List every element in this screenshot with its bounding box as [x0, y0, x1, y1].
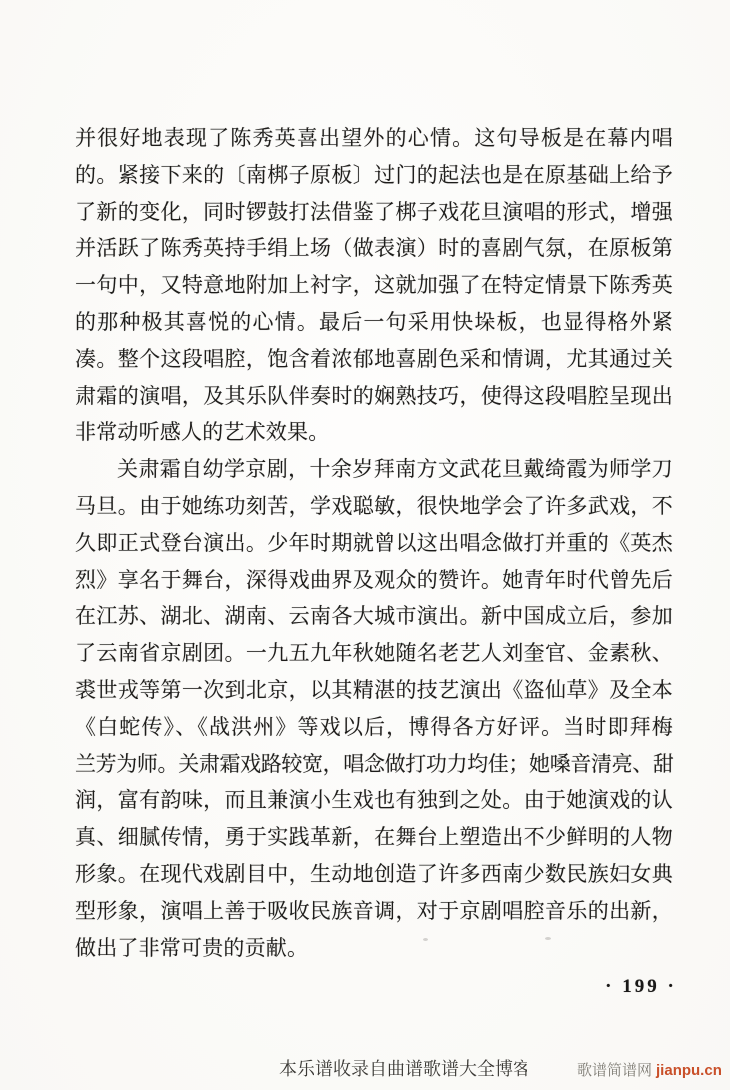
text-line: 烈》享名于舞台，深得戏曲界及观众的赞许。她青年时代曾先后	[75, 562, 673, 599]
text-line: 并活跃了陈秀英持手绢上场（做表演）时的喜剧气氛，在原板第	[75, 230, 673, 267]
text-line: 非常动听感人的艺术效果。	[75, 414, 673, 451]
text-line: 形象。在现代戏剧目中，生动地创造了许多西南少数民族妇女典	[75, 856, 673, 893]
text-line: 了新的变化，同时锣鼓打法借鉴了梆子戏花旦演唱的形式，增强	[75, 194, 673, 231]
watermark-source-label: 本乐谱收录自曲谱歌谱大全博客，由书	[279, 1059, 527, 1079]
scanned-book-page: 并很好地表现了陈秀英喜出望外的心情。这句导板是在幕内唱 的。紧接下来的〔南梆子原…	[0, 0, 730, 1090]
text-line: 兰芳为师。关肃霜戏路较宽，唱念做打功力均佳；她嗓音清亮、甜	[75, 746, 673, 783]
text-line: 的。紧接下来的〔南梆子原板〕过门的起法也是在原基础上给予	[75, 157, 673, 194]
text-line: 并很好地表现了陈秀英喜出望外的心情。这句导板是在幕内唱	[75, 120, 673, 157]
text-line: 了云南省京剧团。一九五九年秋她随名老艺人刘奎官、金素秋、	[75, 635, 673, 672]
watermark-site: 歌谱简谱网jianpu.cn	[577, 1059, 722, 1080]
text-line: 真、细腻传情，勇于实践革新，在舞台上塑造出不少鲜明的人物	[75, 819, 673, 856]
watermark-site-name: 歌谱简谱网	[577, 1062, 652, 1079]
page-number: · 199 ·	[603, 976, 679, 998]
text-line: 一句中，又特意地附加上衬字，这就加强了在特定情景下陈秀英	[75, 267, 673, 304]
text-line: 裘世戎等第一次到北京，以其精湛的技艺演出《盗仙草》及全本	[75, 672, 673, 709]
text-line: 在江苏、湖北、湖南、云南各大城市演出。新中国成立后，参加	[75, 598, 673, 635]
watermark-site-url: jianpu.cn	[656, 1062, 722, 1079]
scan-speck	[423, 938, 428, 941]
text-line: 肃霜的演唱，及其乐队伴奏时的娴熟技巧，使得这段唱腔呈现出	[75, 378, 673, 415]
text-line: 型形象，演唱上善于吸收民族音调，对于京剧唱腔音乐的出新，	[75, 893, 673, 930]
text-line: 《白蛇传》、《战洪州》等戏以后，博得各方好评。当时即拜梅	[75, 709, 673, 746]
body-text: 并很好地表现了陈秀英喜出望外的心情。这句导板是在幕内唱 的。紧接下来的〔南梆子原…	[75, 120, 673, 966]
text-line: 做出了非常可贵的贡献。	[75, 930, 673, 967]
watermark-source-text: 本乐谱收录自曲谱歌谱大全博客，由书目	[279, 1055, 527, 1081]
text-line: 关肃霜自幼学京剧，十余岁拜南方文武花旦戴绮霞为师学刀	[75, 451, 673, 488]
text-line: 润，富有韵味，而且兼演小生戏也有独到之处。由于她演戏的认	[75, 782, 673, 819]
text-line: 久即正式登台演出。少年时期就曾以这出唱念做打并重的《英杰	[75, 525, 673, 562]
scan-speck	[545, 937, 551, 940]
text-line: 凑。整个这段唱腔，饱含着浓郁地喜剧色采和情调，尤其通过关	[75, 341, 673, 378]
text-line: 马旦。由于她练功刻苦，学戏聪敏，很快地学会了许多武戏，不	[75, 488, 673, 525]
text-line: 的那种极其喜悦的心情。最后一句采用快垛板，也显得格外紧	[75, 304, 673, 341]
